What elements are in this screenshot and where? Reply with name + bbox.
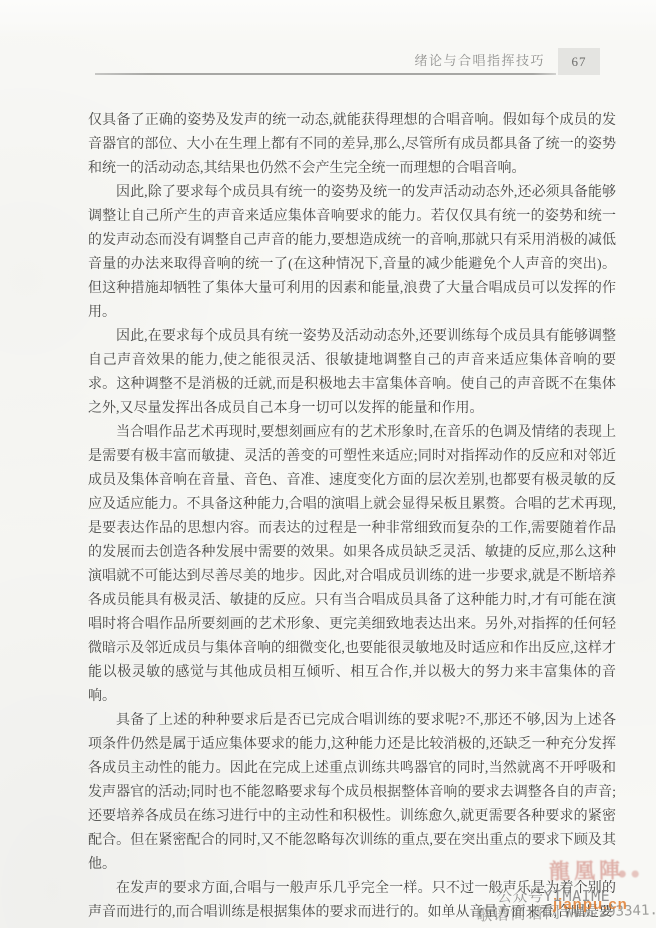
body-paragraph: 当合唱作品艺术再现时,要想刻画应有的艺术形象时,在音乐的色调及情绪的表现上是需要…: [88, 421, 616, 709]
book-page: 绪论与合唱指挥技巧 67 仅具备了正确的姿势及发声的统一动态,就能获得理想的合唱…: [0, 0, 656, 928]
body-paragraph: 仅具备了正确的姿势及发声的统一动态,就能获得理想的合唱音响。假如每个成员的发音器…: [88, 109, 616, 181]
body-paragraph: 具备了上述的种种要求后是否已完成合唱训练的要求呢?不,那还不够,因为上述各项条件…: [88, 709, 616, 877]
body-paragraph: 因此,在要求每个成员具有统一姿势及活动动态外,还要训练每个成员具有能够调整自己声…: [88, 325, 616, 421]
red-seal-watermark: 龍凰陣: [549, 854, 625, 885]
page-number-badge: 67: [558, 48, 600, 75]
running-head-title: 绪论与合唱指挥技巧: [414, 50, 545, 69]
red-seal-small-marks: [617, 868, 643, 880]
orange-url-watermark: jianpu.cn: [553, 896, 628, 913]
body-text-block: 仅具备了正确的姿势及发声的统一动态,就能获得理想的合唱音响。假如每个成员的发音器…: [88, 109, 616, 925]
page-number: 67: [572, 54, 587, 69]
body-paragraph: 因此,除了要求每个成员具有统一的姿势及统一的发声活动动态外,还必须具备能够调整让…: [88, 181, 616, 325]
site-name-watermark: 歌谱简谱网: [476, 905, 562, 925]
header-divider: [95, 73, 556, 75]
